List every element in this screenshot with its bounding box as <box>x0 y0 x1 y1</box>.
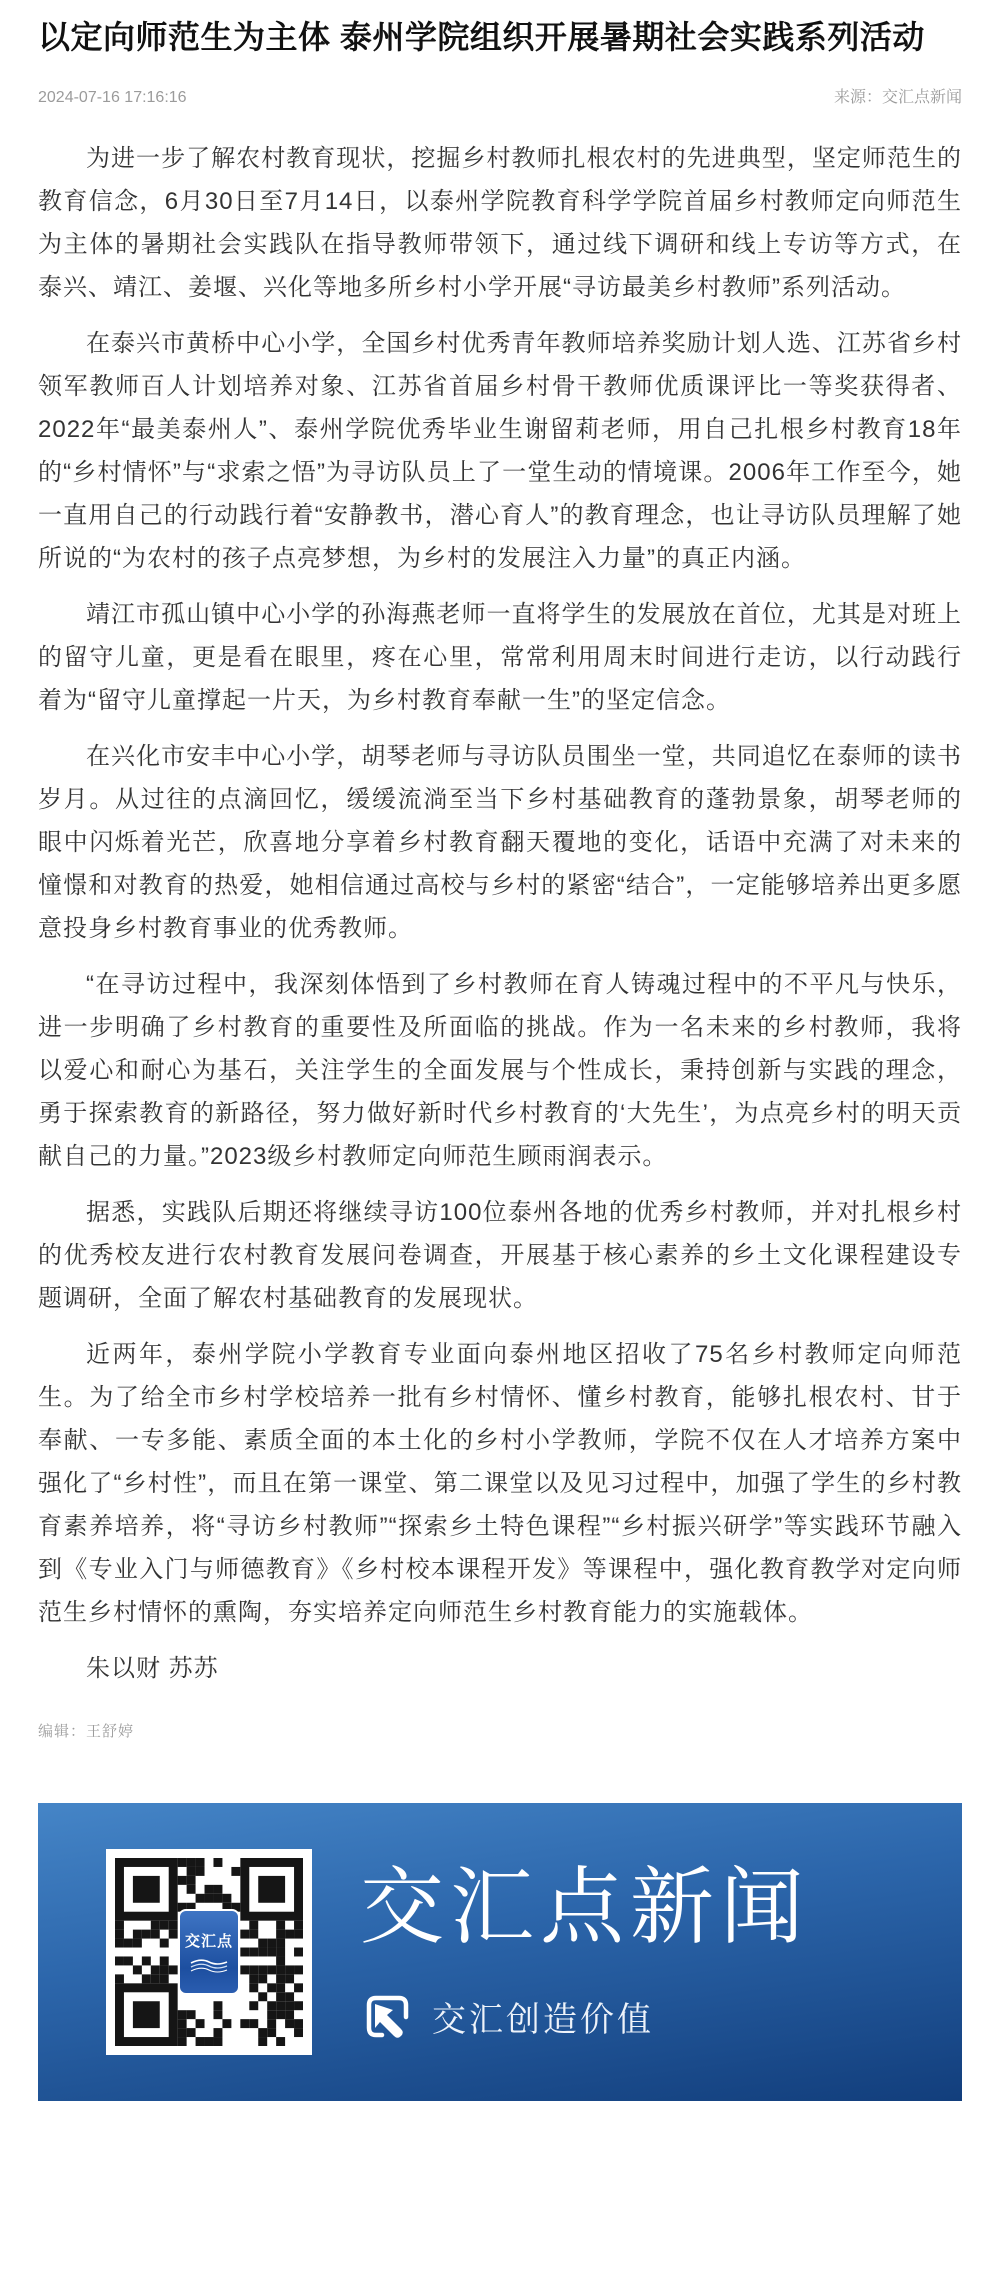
paragraph: 据悉，实践队后期还将继续寻访100位泰州各地的优秀乡村教师，并对扎根乡村的优秀校… <box>38 1191 962 1320</box>
article-body: 为进一步了解农村教育现状，挖掘乡村教师扎根农村的先进典型，坚定师范生的教育信念，… <box>38 137 962 1690</box>
page-title: 以定向师范生为主体 泰州学院组织开展暑期社会实践系列活动 <box>38 16 962 58</box>
article-date: 2024-07-16 17:16:16 <box>38 89 187 107</box>
qr-logo-label: 交汇点 <box>185 1930 233 1951</box>
article-editor: 编辑：王舒婷 <box>38 1720 962 1741</box>
paragraph: 在泰兴市黄桥中心小学，全国乡村优秀青年教师培养奖励计划人选、江苏省乡村领军教师百… <box>38 322 962 580</box>
qr-code: 交汇点 <box>106 1849 312 2055</box>
slogan-row: 交汇创造价值 <box>360 1989 810 2043</box>
wave-icon <box>189 1957 229 1975</box>
paragraph: 近两年，泰州学院小学教育专业面向泰州地区招收了75名乡村教师定向师范生。为了给全… <box>38 1333 962 1634</box>
paragraph: 为进一步了解农村教育现状，挖掘乡村教师扎根农村的先进典型，坚定师范生的教育信念，… <box>38 137 962 309</box>
paragraph: 在兴化市安丰中心小学，胡琴老师与寻访队员围坐一堂，共同追忆在泰师的读书岁月。从过… <box>38 735 962 950</box>
article-page: 以定向师范生为主体 泰州学院组织开展暑期社会实践系列活动 2024-07-16 … <box>0 16 1000 1741</box>
cursor-logo-icon <box>360 1989 412 2043</box>
brand-title: 交汇点新闻 <box>360 1861 810 1953</box>
article-source: 来源：交汇点新闻 <box>834 84 962 107</box>
paragraph: 靖江市孤山镇中心小学的孙海燕老师一直将学生的发展放在首位，尤其是对班上的留守儿童… <box>38 593 962 722</box>
paragraph: “在寻访过程中，我深刻体悟到了乡村教师在育人铸魂过程中的不平凡与快乐，进一步明确… <box>38 963 962 1178</box>
promo-banner[interactable]: 交汇点 交汇点新闻 交汇创造价值 <box>38 1803 962 2101</box>
banner-text: 交汇点新闻 交汇创造价值 <box>360 1861 810 2043</box>
qr-logo: 交汇点 <box>178 1909 240 1995</box>
article-byline: 朱以财 苏苏 <box>38 1647 962 1690</box>
slogan-text: 交汇创造价值 <box>432 1992 654 2041</box>
article-meta: 2024-07-16 17:16:16 来源：交汇点新闻 <box>38 84 962 107</box>
